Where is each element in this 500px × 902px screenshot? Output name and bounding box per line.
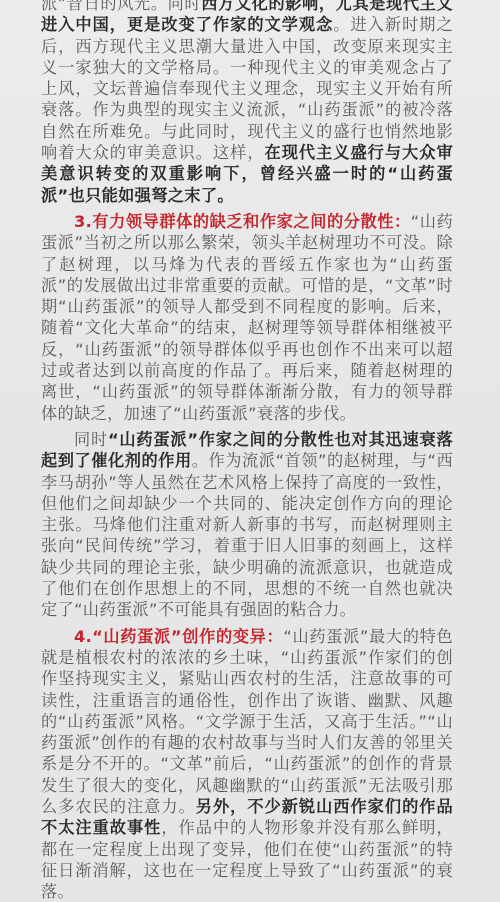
text-run: “山药蛋派”当初之所以那么繁荣，领头羊赵树理功不可没。除了赵树理，以马烽为代表的… — [41, 212, 453, 423]
text-run: 。进入新时期之后，西方现代主义思潮大量进入中国，改变原来现实主义一家独大的文学格… — [41, 15, 453, 162]
text-run: 同时 — [74, 430, 108, 449]
document-body: 派”昔日的风光。同时西方文化的影响，尤其是现代主义进入中国，更是改变了作家的文学… — [41, 0, 453, 569]
text-run: 派”昔日的风光。同时 — [41, 0, 201, 13]
document-page: 派”昔日的风光。同时西方文化的影响，尤其是现代主义进入中国，更是改变了作家的文学… — [0, 0, 500, 569]
paragraph-dispersion: 同时“山药蛋派”作家之间的分散性也对其迅速衰落起到了催化剂的作用。作为流派“首领… — [41, 429, 453, 569]
paragraph-leadership: 3.有力领导群体的缺乏和作家之间的分散性：“山药蛋派”当初之所以那么繁荣，领头羊… — [41, 211, 453, 424]
paragraph-western-influence: 派”昔日的风光。同时西方文化的影响，尤其是现代主义进入中国，更是改变了作家的文学… — [41, 0, 453, 206]
section-heading-3: 3.有力领导群体的缺乏和作家之间的分散性： — [74, 212, 411, 231]
